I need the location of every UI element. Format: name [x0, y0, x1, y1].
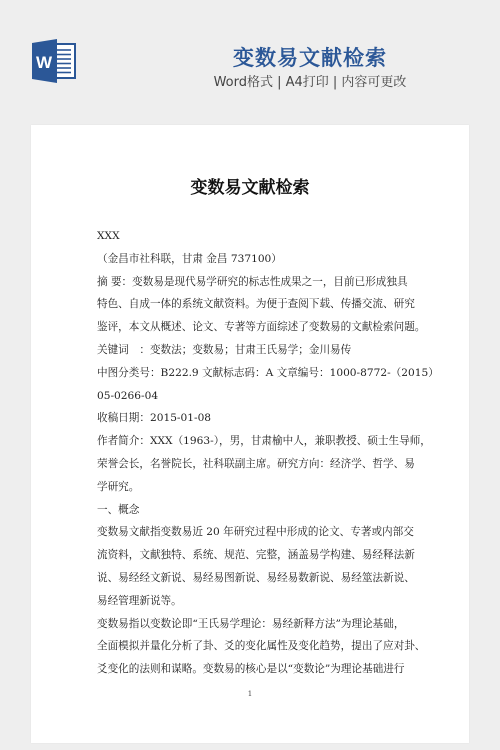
author-bio-line: 作者简介：XXX（1963-），男，甘肃榆中人，兼职教授、硕士生导师，: [97, 430, 405, 453]
document-page: 变数易文献检索 XXX （金昌市社科联，甘肃 金昌 737100） 摘 要：变数…: [31, 125, 469, 743]
page-number: 1: [31, 689, 469, 699]
paragraph-line: 易经管理新说等。: [97, 590, 405, 613]
author-line: XXX: [97, 225, 405, 248]
paragraph-line: 变数易指以变数论即“王氏易学理论：易经新释方法”为理论基础，: [97, 613, 405, 636]
author-bio-line: 学研究。: [97, 476, 405, 499]
affiliation-line: （金昌市社科联，甘肃 金昌 737100）: [97, 248, 405, 271]
received-date-line: 收稿日期：2015-01-08: [97, 407, 405, 430]
paragraph-line: 爻变化的法则和谋略。变数易的核心是以“变数论”为理论基础进行: [97, 658, 405, 681]
abstract-line: 鉴评，本文从概述、论文、专著等方面综述了变数易的文献检索问题。: [97, 316, 405, 339]
keywords-line: 关键词 ：变数法；变数易；甘肃王氏易学；金川易传: [97, 339, 405, 362]
header-title: 变数易文献检索: [0, 44, 500, 72]
classification-line: 05-0266-04: [97, 385, 405, 408]
paragraph-line: 全面模拟并量化分析了卦、爻的变化属性及变化趋势，提出了应对卦、: [97, 635, 405, 658]
paragraph-line: 流资料，文献独特、系统、规范、完整，涵盖易学构建、易经释法新: [97, 544, 405, 567]
abstract-line: 摘 要：变数易是现代易学研究的标志性成果之一，目前已形成独具: [97, 271, 405, 294]
header-banner: W 变数易文献检索 Word格式 | A4打印 | 内容可更改: [0, 0, 500, 120]
document-body: XXX （金昌市社科联，甘肃 金昌 737100） 摘 要：变数易是现代易学研究…: [97, 225, 405, 681]
document-title: 变数易文献检索: [31, 175, 469, 201]
abstract-line: 特色、自成一体的系统文献资料。为便于查阅下载、传播交流、研究: [97, 293, 405, 316]
paragraph-line: 说、易经经文新说、易经易图新说、易经易数新说、易经筮法新说、: [97, 567, 405, 590]
section-heading: 一、概念: [97, 499, 405, 522]
header-subtitle: Word格式 | A4打印 | 内容可更改: [0, 73, 500, 93]
classification-line: 中图分类号：B222.9 文献标志码：A 文章编号：1000-8772-（201…: [97, 362, 405, 385]
paragraph-line: 变数易文献指变数易近 20 年研究过程中形成的论文、专著或内部交: [97, 521, 405, 544]
author-bio-line: 荣誉会长，名誉院长，社科联副主席。研究方向：经济学、哲学、易: [97, 453, 405, 476]
